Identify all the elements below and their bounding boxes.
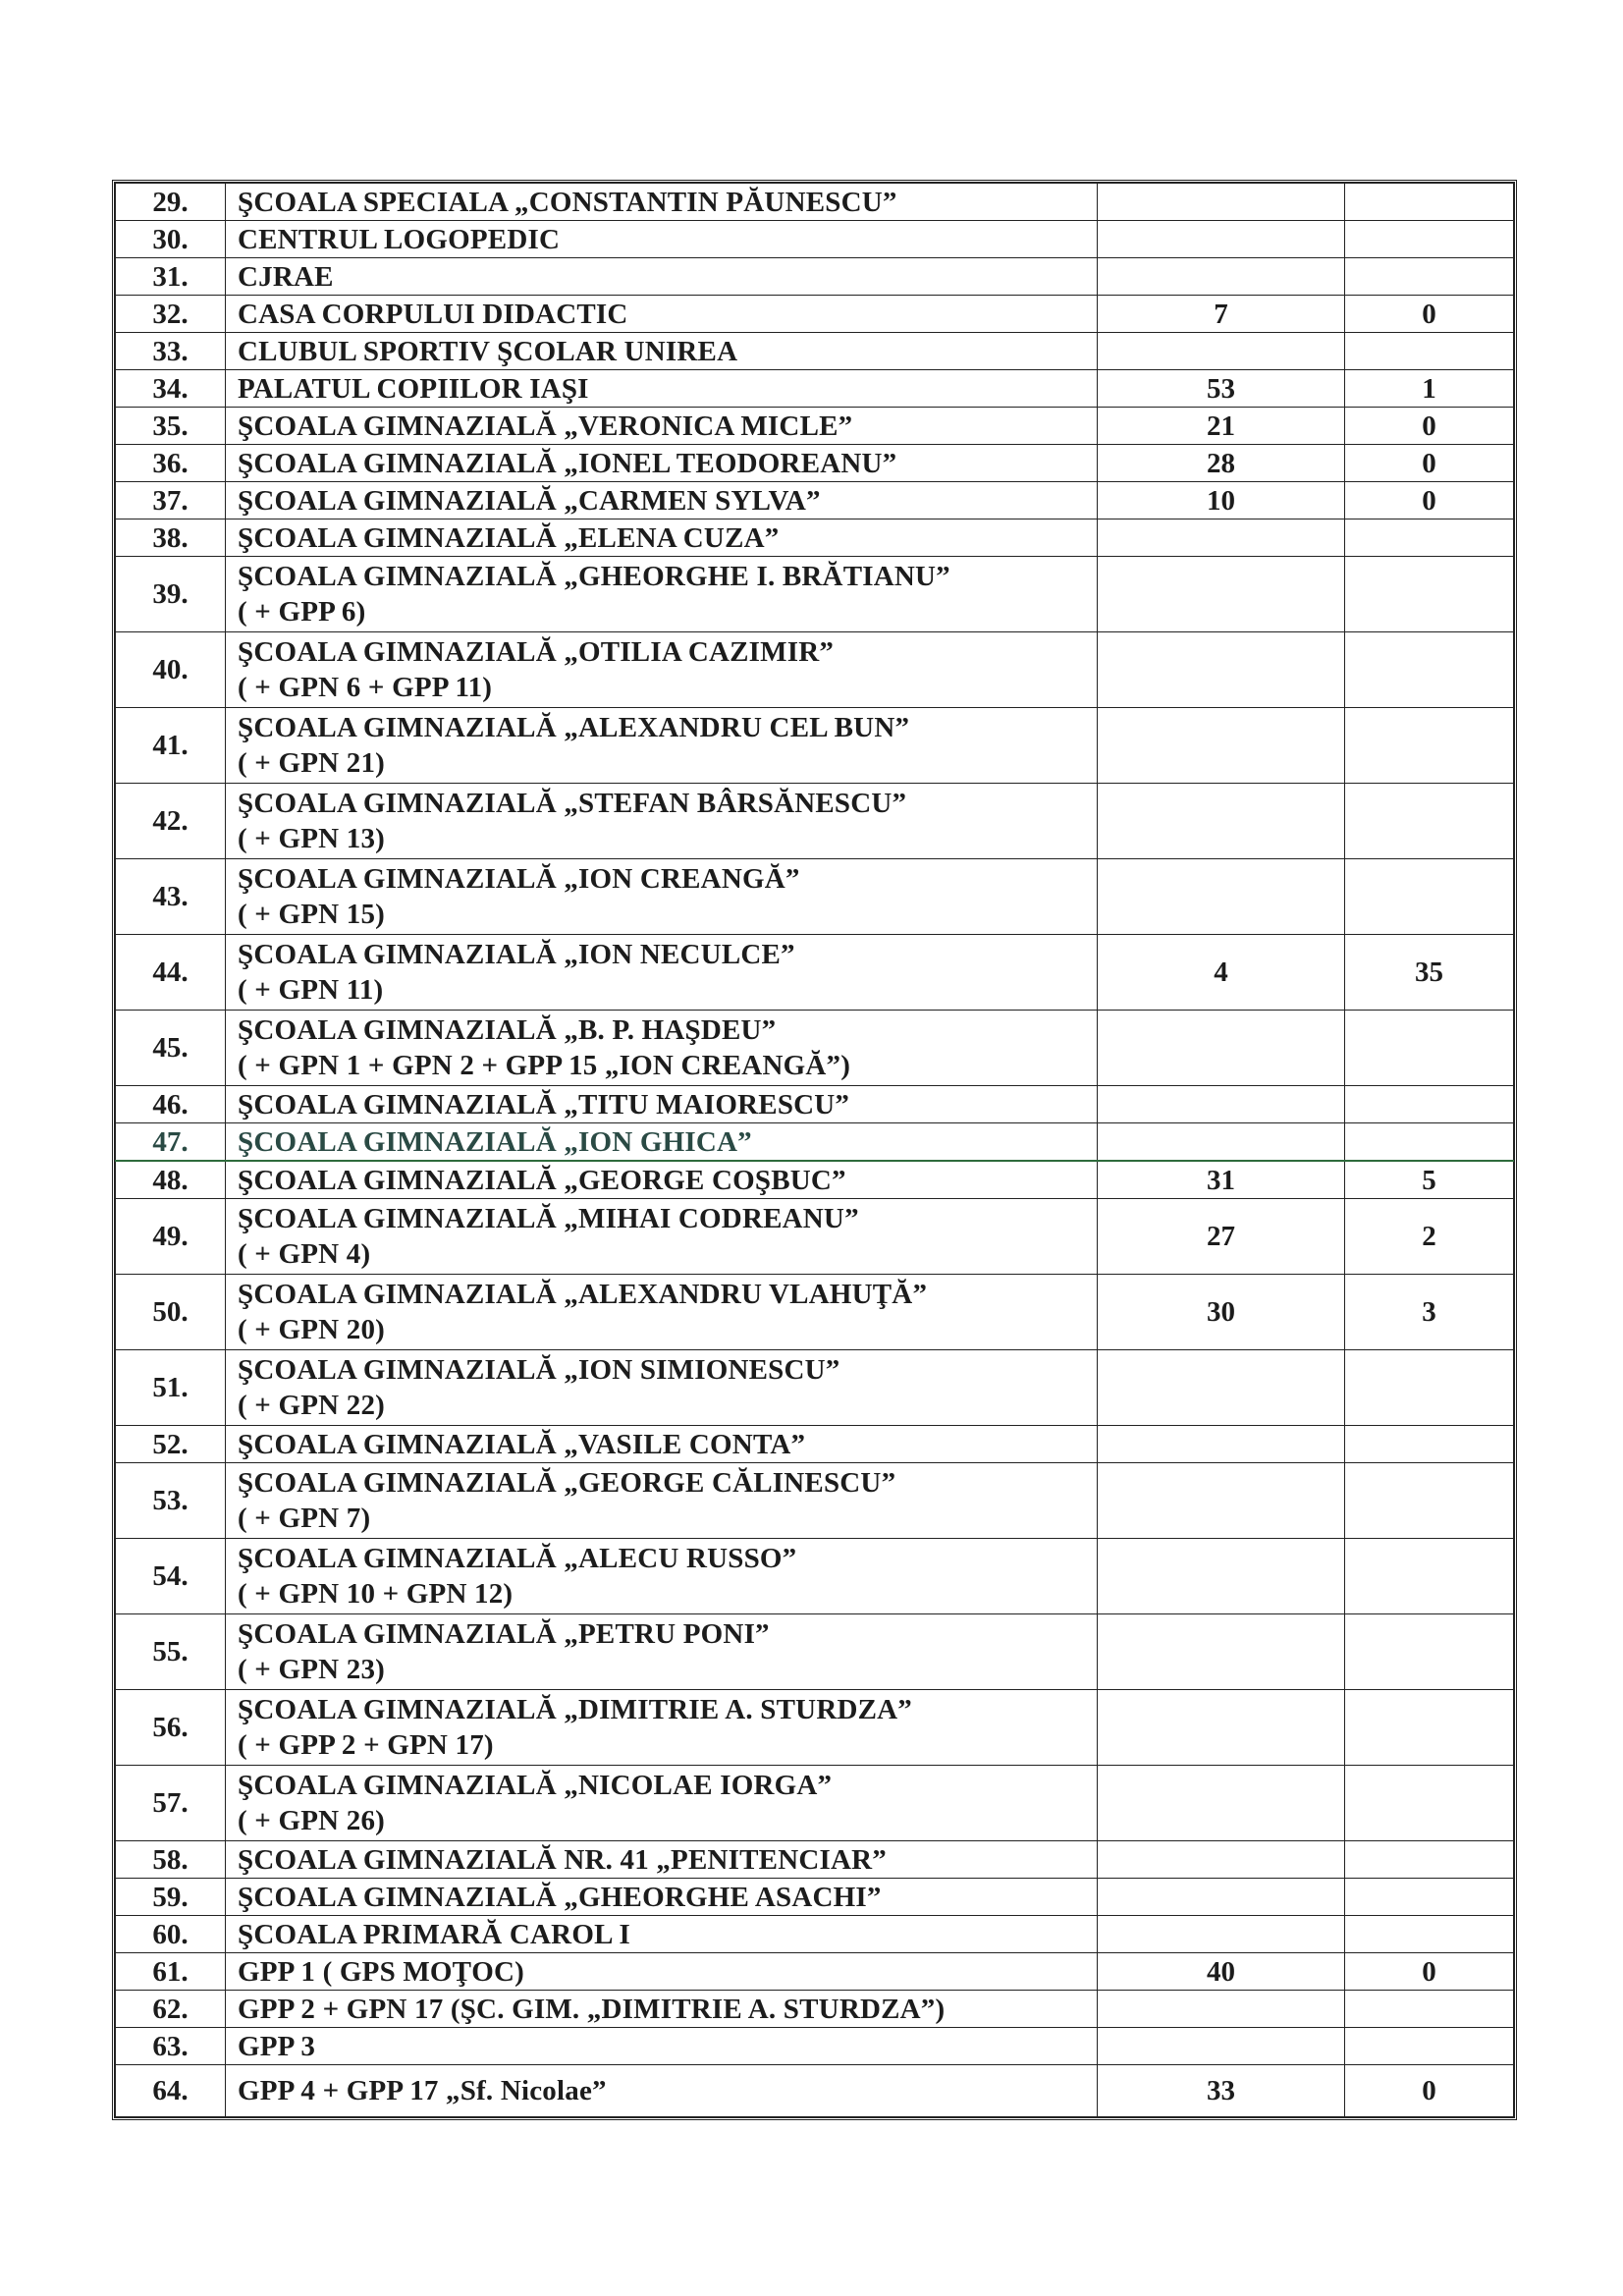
value-column-1 bbox=[1098, 1350, 1345, 1426]
institution-name-cell: CJRAE bbox=[226, 258, 1098, 296]
row-number: 61. bbox=[116, 1953, 226, 1991]
value-column-2 bbox=[1345, 1991, 1514, 2028]
table-row: 47.ŞCOALA GIMNAZIALĂ „ION GHICA” bbox=[116, 1123, 1514, 1162]
institution-annex: ( + GPN 21) bbox=[238, 745, 1097, 781]
value-column-2 bbox=[1345, 2028, 1514, 2065]
row-number: 52. bbox=[116, 1426, 226, 1463]
value-column-1 bbox=[1098, 1426, 1345, 1463]
value-column-1 bbox=[1098, 632, 1345, 708]
row-number: 49. bbox=[116, 1199, 226, 1275]
table-row: 61.GPP 1 ( GPS MOŢOC)400 bbox=[116, 1953, 1514, 1991]
institution-name: GPP 1 ( GPS MOŢOC) bbox=[238, 1954, 1097, 1990]
table-row: 30.CENTRUL LOGOPEDIC bbox=[116, 221, 1514, 258]
table-row: 39.ŞCOALA GIMNAZIALĂ „GHEORGHE I. BRĂTIA… bbox=[116, 557, 1514, 632]
value-column-2: 3 bbox=[1345, 1275, 1514, 1350]
row-number: 40. bbox=[116, 632, 226, 708]
row-number: 44. bbox=[116, 935, 226, 1011]
value-column-1 bbox=[1098, 1879, 1345, 1916]
value-column-2 bbox=[1345, 1916, 1514, 1953]
institution-name-cell: ŞCOALA GIMNAZIALĂ „CARMEN SYLVA” bbox=[226, 482, 1098, 519]
institution-name-cell: ŞCOALA GIMNAZIALĂ „GEORGE CĂLINESCU”( + … bbox=[226, 1463, 1098, 1539]
table-row: 34.PALATUL COPIILOR IAŞI531 bbox=[116, 370, 1514, 408]
value-column-2 bbox=[1345, 1123, 1514, 1162]
value-column-1 bbox=[1098, 1011, 1345, 1086]
institution-name-cell: ŞCOALA GIMNAZIALĂ NR. 41 „PENITENCIAR” bbox=[226, 1841, 1098, 1879]
institution-annex: ( + GPN 4) bbox=[238, 1236, 1097, 1272]
institution-name: CASA CORPULUI DIDACTIC bbox=[238, 297, 1097, 332]
institution-name: ŞCOALA GIMNAZIALĂ „STEFAN BÂRSĂNESCU” bbox=[238, 786, 1097, 821]
institution-name: ŞCOALA GIMNAZIALĂ „GHEORGHE I. BRĂTIANU” bbox=[238, 559, 1097, 594]
table-row: 43.ŞCOALA GIMNAZIALĂ „ION CREANGĂ”( + GP… bbox=[116, 859, 1514, 935]
institutions-table: 29.ŞCOALA SPECIALA „CONSTANTIN PĂUNESCU”… bbox=[115, 183, 1514, 2117]
institutions-table-container: 29.ŞCOALA SPECIALA „CONSTANTIN PĂUNESCU”… bbox=[112, 180, 1517, 2120]
value-column-1: 31 bbox=[1098, 1161, 1345, 1199]
table-row: 53.ŞCOALA GIMNAZIALĂ „GEORGE CĂLINESCU”(… bbox=[116, 1463, 1514, 1539]
value-column-1: 4 bbox=[1098, 935, 1345, 1011]
institution-name-cell: ŞCOALA GIMNAZIALĂ „ALECU RUSSO”( + GPN 1… bbox=[226, 1539, 1098, 1614]
table-row: 60.ŞCOALA PRIMARĂ CAROL I bbox=[116, 1916, 1514, 1953]
table-row: 38.ŞCOALA GIMNAZIALĂ „ELENA CUZA” bbox=[116, 519, 1514, 557]
table-row: 62.GPP 2 + GPN 17 (ŞC. GIM. „DIMITRIE A.… bbox=[116, 1991, 1514, 2028]
value-column-2 bbox=[1345, 632, 1514, 708]
value-column-2: 0 bbox=[1345, 296, 1514, 333]
row-number: 33. bbox=[116, 333, 226, 370]
institution-name: ŞCOALA GIMNAZIALĂ „DIMITRIE A. STURDZA” bbox=[238, 1692, 1097, 1727]
row-number: 45. bbox=[116, 1011, 226, 1086]
institution-annex: ( + GPN 10 + GPN 12) bbox=[238, 1576, 1097, 1612]
institution-name: ŞCOALA GIMNAZIALĂ „ION NECULCE” bbox=[238, 937, 1097, 972]
value-column-1 bbox=[1098, 1086, 1345, 1123]
row-number: 62. bbox=[116, 1991, 226, 2028]
institution-name-cell: ŞCOALA GIMNAZIALĂ „ION GHICA” bbox=[226, 1123, 1098, 1162]
value-column-2 bbox=[1345, 184, 1514, 221]
value-column-2 bbox=[1345, 1841, 1514, 1879]
row-number: 36. bbox=[116, 445, 226, 482]
institution-name-cell: ŞCOALA GIMNAZIALĂ „VERONICA MICLE” bbox=[226, 408, 1098, 445]
value-column-2 bbox=[1345, 333, 1514, 370]
value-column-2 bbox=[1345, 258, 1514, 296]
value-column-2: 0 bbox=[1345, 482, 1514, 519]
value-column-2 bbox=[1345, 1086, 1514, 1123]
institution-annex: ( + GPN 11) bbox=[238, 972, 1097, 1008]
table-row: 44.ŞCOALA GIMNAZIALĂ „ION NECULCE”( + GP… bbox=[116, 935, 1514, 1011]
institution-name-cell: ŞCOALA GIMNAZIALĂ „GEORGE COŞBUC” bbox=[226, 1161, 1098, 1199]
institution-name: ŞCOALA GIMNAZIALĂ „ALECU RUSSO” bbox=[238, 1541, 1097, 1576]
row-number: 54. bbox=[116, 1539, 226, 1614]
value-column-2: 0 bbox=[1345, 408, 1514, 445]
table-body: 29.ŞCOALA SPECIALA „CONSTANTIN PĂUNESCU”… bbox=[116, 184, 1514, 2117]
institution-name-cell: ŞCOALA GIMNAZIALĂ „GHEORGHE ASACHI” bbox=[226, 1879, 1098, 1916]
table-row: 46.ŞCOALA GIMNAZIALĂ „TITU MAIORESCU” bbox=[116, 1086, 1514, 1123]
table-row: 37.ŞCOALA GIMNAZIALĂ „CARMEN SYLVA”100 bbox=[116, 482, 1514, 519]
institution-name-cell: ŞCOALA GIMNAZIALĂ „ION NECULCE”( + GPN 1… bbox=[226, 935, 1098, 1011]
institution-name: ŞCOALA GIMNAZIALĂ „ION GHICA” bbox=[238, 1124, 1097, 1160]
value-column-2 bbox=[1345, 784, 1514, 859]
row-number: 41. bbox=[116, 708, 226, 784]
institution-name: ŞCOALA GIMNAZIALĂ „MIHAI CODREANU” bbox=[238, 1201, 1097, 1236]
institution-name-cell: ŞCOALA GIMNAZIALĂ „OTILIA CAZIMIR”( + GP… bbox=[226, 632, 1098, 708]
table-row: 48.ŞCOALA GIMNAZIALĂ „GEORGE COŞBUC”315 bbox=[116, 1161, 1514, 1199]
institution-name: ŞCOALA GIMNAZIALĂ NR. 41 „PENITENCIAR” bbox=[238, 1842, 1097, 1878]
row-number: 35. bbox=[116, 408, 226, 445]
institution-name-cell: GPP 1 ( GPS MOŢOC) bbox=[226, 1953, 1098, 1991]
institution-name: ŞCOALA GIMNAZIALĂ „VASILE CONTA” bbox=[238, 1427, 1097, 1462]
table-row: 32.CASA CORPULUI DIDACTIC70 bbox=[116, 296, 1514, 333]
institution-name-cell: GPP 4 + GPP 17 „Sf. Nicolae” bbox=[226, 2065, 1098, 2117]
institution-annex: ( + GPN 6 + GPP 11) bbox=[238, 670, 1097, 705]
value-column-1: 27 bbox=[1098, 1199, 1345, 1275]
value-column-1 bbox=[1098, 1690, 1345, 1766]
row-number: 63. bbox=[116, 2028, 226, 2065]
institution-annex: ( + GPP 2 + GPN 17) bbox=[238, 1727, 1097, 1763]
value-column-2: 0 bbox=[1345, 2065, 1514, 2117]
value-column-1 bbox=[1098, 258, 1345, 296]
row-number: 30. bbox=[116, 221, 226, 258]
institution-name: GPP 2 + GPN 17 (ŞC. GIM. „DIMITRIE A. ST… bbox=[238, 1992, 1097, 2027]
value-column-1: 30 bbox=[1098, 1275, 1345, 1350]
institution-name: GPP 4 + GPP 17 „Sf. Nicolae” bbox=[238, 2073, 1097, 2108]
institution-name: ŞCOALA GIMNAZIALĂ „ELENA CUZA” bbox=[238, 520, 1097, 556]
value-column-2 bbox=[1345, 1539, 1514, 1614]
value-column-1 bbox=[1098, 1123, 1345, 1162]
row-number: 60. bbox=[116, 1916, 226, 1953]
institution-name-cell: ŞCOALA GIMNAZIALĂ „ALEXANDRU CEL BUN”( +… bbox=[226, 708, 1098, 784]
table-row: 42.ŞCOALA GIMNAZIALĂ „STEFAN BÂRSĂNESCU”… bbox=[116, 784, 1514, 859]
institution-name: ŞCOALA GIMNAZIALĂ „PETRU PONI” bbox=[238, 1616, 1097, 1652]
value-column-2 bbox=[1345, 1350, 1514, 1426]
value-column-2: 0 bbox=[1345, 445, 1514, 482]
institution-name: ŞCOALA GIMNAZIALĂ „NICOLAE IORGA” bbox=[238, 1768, 1097, 1803]
institution-annex: ( + GPN 22) bbox=[238, 1388, 1097, 1423]
value-column-2: 5 bbox=[1345, 1161, 1514, 1199]
institution-name: ŞCOALA GIMNAZIALĂ „TITU MAIORESCU” bbox=[238, 1087, 1097, 1122]
row-number: 39. bbox=[116, 557, 226, 632]
institution-name: ŞCOALA GIMNAZIALĂ „ION CREANGĂ” bbox=[238, 861, 1097, 897]
value-column-1 bbox=[1098, 1991, 1345, 2028]
value-column-1 bbox=[1098, 333, 1345, 370]
institution-name-cell: ŞCOALA GIMNAZIALĂ „VASILE CONTA” bbox=[226, 1426, 1098, 1463]
institution-name-cell: ŞCOALA GIMNAZIALĂ „NICOLAE IORGA”( + GPN… bbox=[226, 1766, 1098, 1841]
value-column-1 bbox=[1098, 784, 1345, 859]
table-row: 45.ŞCOALA GIMNAZIALĂ „B. P. HAŞDEU”( + G… bbox=[116, 1011, 1514, 1086]
institution-name-cell: ŞCOALA GIMNAZIALĂ „ELENA CUZA” bbox=[226, 519, 1098, 557]
value-column-2 bbox=[1345, 1766, 1514, 1841]
value-column-2 bbox=[1345, 708, 1514, 784]
institution-name: ŞCOALA SPECIALA „CONSTANTIN PĂUNESCU” bbox=[238, 185, 1097, 220]
row-number: 31. bbox=[116, 258, 226, 296]
row-number: 32. bbox=[116, 296, 226, 333]
institution-name: ŞCOALA GIMNAZIALĂ „VERONICA MICLE” bbox=[238, 409, 1097, 444]
value-column-2 bbox=[1345, 557, 1514, 632]
value-column-1: 33 bbox=[1098, 2065, 1345, 2117]
table-row: 56.ŞCOALA GIMNAZIALĂ „DIMITRIE A. STURDZ… bbox=[116, 1690, 1514, 1766]
table-row: 54.ŞCOALA GIMNAZIALĂ „ALECU RUSSO”( + GP… bbox=[116, 1539, 1514, 1614]
table-row: 58.ŞCOALA GIMNAZIALĂ NR. 41 „PENITENCIAR… bbox=[116, 1841, 1514, 1879]
institution-name-cell: ŞCOALA GIMNAZIALĂ „TITU MAIORESCU” bbox=[226, 1086, 1098, 1123]
institution-name-cell: CLUBUL SPORTIV ŞCOLAR UNIREA bbox=[226, 333, 1098, 370]
institution-name: ŞCOALA GIMNAZIALĂ „CARMEN SYLVA” bbox=[238, 483, 1097, 519]
table-row: 49.ŞCOALA GIMNAZIALĂ „MIHAI CODREANU”( +… bbox=[116, 1199, 1514, 1275]
row-number: 56. bbox=[116, 1690, 226, 1766]
institution-name: GPP 3 bbox=[238, 2029, 1097, 2064]
value-column-2 bbox=[1345, 1463, 1514, 1539]
row-number: 46. bbox=[116, 1086, 226, 1123]
institution-name-cell: ŞCOALA GIMNAZIALĂ „MIHAI CODREANU”( + GP… bbox=[226, 1199, 1098, 1275]
value-column-1: 40 bbox=[1098, 1953, 1345, 1991]
value-column-2 bbox=[1345, 1690, 1514, 1766]
table-row: 55.ŞCOALA GIMNAZIALĂ „PETRU PONI”( + GPN… bbox=[116, 1614, 1514, 1690]
institution-name: ŞCOALA GIMNAZIALĂ „B. P. HAŞDEU” bbox=[238, 1012, 1097, 1048]
table-row: 29.ŞCOALA SPECIALA „CONSTANTIN PĂUNESCU” bbox=[116, 184, 1514, 221]
institution-name-cell: GPP 2 + GPN 17 (ŞC. GIM. „DIMITRIE A. ST… bbox=[226, 1991, 1098, 2028]
value-column-2: 35 bbox=[1345, 935, 1514, 1011]
value-column-1 bbox=[1098, 519, 1345, 557]
institution-name-cell: PALATUL COPIILOR IAŞI bbox=[226, 370, 1098, 408]
table-row: 35.ŞCOALA GIMNAZIALĂ „VERONICA MICLE”210 bbox=[116, 408, 1514, 445]
institution-name-cell: ŞCOALA GIMNAZIALĂ „ALEXANDRU VLAHUŢĂ”( +… bbox=[226, 1275, 1098, 1350]
institution-name: ŞCOALA GIMNAZIALĂ „GEORGE COŞBUC” bbox=[238, 1163, 1097, 1198]
row-number: 43. bbox=[116, 859, 226, 935]
table-row: 52.ŞCOALA GIMNAZIALĂ „VASILE CONTA” bbox=[116, 1426, 1514, 1463]
institution-name-cell: ŞCOALA GIMNAZIALĂ „IONEL TEODOREANU” bbox=[226, 445, 1098, 482]
value-column-1 bbox=[1098, 184, 1345, 221]
value-column-1 bbox=[1098, 859, 1345, 935]
value-column-2 bbox=[1345, 1614, 1514, 1690]
institution-name-cell: ŞCOALA PRIMARĂ CAROL I bbox=[226, 1916, 1098, 1953]
table-row: 50.ŞCOALA GIMNAZIALĂ „ALEXANDRU VLAHUŢĂ”… bbox=[116, 1275, 1514, 1350]
value-column-1 bbox=[1098, 221, 1345, 258]
table-row: 33.CLUBUL SPORTIV ŞCOLAR UNIREA bbox=[116, 333, 1514, 370]
value-column-1 bbox=[1098, 1841, 1345, 1879]
value-column-2 bbox=[1345, 221, 1514, 258]
institution-annex: ( + GPN 20) bbox=[238, 1312, 1097, 1347]
value-column-1 bbox=[1098, 1614, 1345, 1690]
value-column-1 bbox=[1098, 1463, 1345, 1539]
institution-name: ŞCOALA GIMNAZIALĂ „ALEXANDRU VLAHUŢĂ” bbox=[238, 1277, 1097, 1312]
row-number: 29. bbox=[116, 184, 226, 221]
institution-annex: ( + GPN 23) bbox=[238, 1652, 1097, 1687]
row-number: 47. bbox=[116, 1123, 226, 1162]
institution-name: ŞCOALA GIMNAZIALĂ „OTILIA CAZIMIR” bbox=[238, 634, 1097, 670]
institution-name-cell: ŞCOALA GIMNAZIALĂ „GHEORGHE I. BRĂTIANU”… bbox=[226, 557, 1098, 632]
value-column-1 bbox=[1098, 1539, 1345, 1614]
row-number: 34. bbox=[116, 370, 226, 408]
institution-name-cell: ŞCOALA SPECIALA „CONSTANTIN PĂUNESCU” bbox=[226, 184, 1098, 221]
row-number: 42. bbox=[116, 784, 226, 859]
institution-annex: ( + GPN 13) bbox=[238, 821, 1097, 856]
row-number: 37. bbox=[116, 482, 226, 519]
value-column-1: 28 bbox=[1098, 445, 1345, 482]
institution-name-cell: ŞCOALA GIMNAZIALĂ „DIMITRIE A. STURDZA”(… bbox=[226, 1690, 1098, 1766]
table-row: 51.ŞCOALA GIMNAZIALĂ „ION SIMIONESCU”( +… bbox=[116, 1350, 1514, 1426]
table-row: 57.ŞCOALA GIMNAZIALĂ „NICOLAE IORGA”( + … bbox=[116, 1766, 1514, 1841]
institution-name: ŞCOALA GIMNAZIALĂ „ION SIMIONESCU” bbox=[238, 1352, 1097, 1388]
table-row: 40.ŞCOALA GIMNAZIALĂ „OTILIA CAZIMIR”( +… bbox=[116, 632, 1514, 708]
row-number: 59. bbox=[116, 1879, 226, 1916]
institution-annex: ( + GPP 6) bbox=[238, 594, 1097, 629]
institution-annex: ( + GPN 1 + GPN 2 + GPP 15 „ION CREANGĂ”… bbox=[238, 1048, 1097, 1083]
value-column-1: 21 bbox=[1098, 408, 1345, 445]
table-row: 64.GPP 4 + GPP 17 „Sf. Nicolae”330 bbox=[116, 2065, 1514, 2117]
row-number: 57. bbox=[116, 1766, 226, 1841]
institution-name: CJRAE bbox=[238, 259, 1097, 295]
value-column-1: 10 bbox=[1098, 482, 1345, 519]
value-column-1 bbox=[1098, 1766, 1345, 1841]
row-number: 58. bbox=[116, 1841, 226, 1879]
value-column-1 bbox=[1098, 557, 1345, 632]
row-number: 55. bbox=[116, 1614, 226, 1690]
institution-name-cell: ŞCOALA GIMNAZIALĂ „ION SIMIONESCU”( + GP… bbox=[226, 1350, 1098, 1426]
institution-name: CLUBUL SPORTIV ŞCOLAR UNIREA bbox=[238, 334, 1097, 369]
institution-name-cell: GPP 3 bbox=[226, 2028, 1098, 2065]
value-column-2: 1 bbox=[1345, 370, 1514, 408]
institution-name: CENTRUL LOGOPEDIC bbox=[238, 222, 1097, 257]
value-column-1 bbox=[1098, 708, 1345, 784]
institution-name-cell: ŞCOALA GIMNAZIALĂ „STEFAN BÂRSĂNESCU”( +… bbox=[226, 784, 1098, 859]
table-row: 63.GPP 3 bbox=[116, 2028, 1514, 2065]
row-number: 50. bbox=[116, 1275, 226, 1350]
institution-name: ŞCOALA GIMNAZIALĂ „GEORGE CĂLINESCU” bbox=[238, 1465, 1097, 1501]
institution-name-cell: ŞCOALA GIMNAZIALĂ „PETRU PONI”( + GPN 23… bbox=[226, 1614, 1098, 1690]
institution-name: PALATUL COPIILOR IAŞI bbox=[238, 371, 1097, 407]
value-column-2 bbox=[1345, 1426, 1514, 1463]
institution-annex: ( + GPN 7) bbox=[238, 1501, 1097, 1536]
institution-name: ŞCOALA GIMNAZIALĂ „GHEORGHE ASACHI” bbox=[238, 1880, 1097, 1915]
value-column-1 bbox=[1098, 1916, 1345, 1953]
institution-annex: ( + GPN 15) bbox=[238, 897, 1097, 932]
table-row: 59.ŞCOALA GIMNAZIALĂ „GHEORGHE ASACHI” bbox=[116, 1879, 1514, 1916]
row-number: 53. bbox=[116, 1463, 226, 1539]
value-column-2: 0 bbox=[1345, 1953, 1514, 1991]
institution-annex: ( + GPN 26) bbox=[238, 1803, 1097, 1838]
value-column-1: 7 bbox=[1098, 296, 1345, 333]
value-column-1 bbox=[1098, 2028, 1345, 2065]
table-row: 36.ŞCOALA GIMNAZIALĂ „IONEL TEODOREANU”2… bbox=[116, 445, 1514, 482]
value-column-2: 2 bbox=[1345, 1199, 1514, 1275]
institution-name-cell: ŞCOALA GIMNAZIALĂ „ION CREANGĂ”( + GPN 1… bbox=[226, 859, 1098, 935]
institution-name-cell: CASA CORPULUI DIDACTIC bbox=[226, 296, 1098, 333]
value-column-2 bbox=[1345, 519, 1514, 557]
value-column-2 bbox=[1345, 1011, 1514, 1086]
institution-name: ŞCOALA GIMNAZIALĂ „IONEL TEODOREANU” bbox=[238, 446, 1097, 481]
institution-name: ŞCOALA GIMNAZIALĂ „ALEXANDRU CEL BUN” bbox=[238, 710, 1097, 745]
row-number: 48. bbox=[116, 1161, 226, 1199]
row-number: 64. bbox=[116, 2065, 226, 2117]
institution-name: ŞCOALA PRIMARĂ CAROL I bbox=[238, 1917, 1097, 1952]
value-column-2 bbox=[1345, 1879, 1514, 1916]
value-column-2 bbox=[1345, 859, 1514, 935]
row-number: 38. bbox=[116, 519, 226, 557]
table-row: 31.CJRAE bbox=[116, 258, 1514, 296]
institution-name-cell: CENTRUL LOGOPEDIC bbox=[226, 221, 1098, 258]
row-number: 51. bbox=[116, 1350, 226, 1426]
institution-name-cell: ŞCOALA GIMNAZIALĂ „B. P. HAŞDEU”( + GPN … bbox=[226, 1011, 1098, 1086]
value-column-1: 53 bbox=[1098, 370, 1345, 408]
table-row: 41.ŞCOALA GIMNAZIALĂ „ALEXANDRU CEL BUN”… bbox=[116, 708, 1514, 784]
